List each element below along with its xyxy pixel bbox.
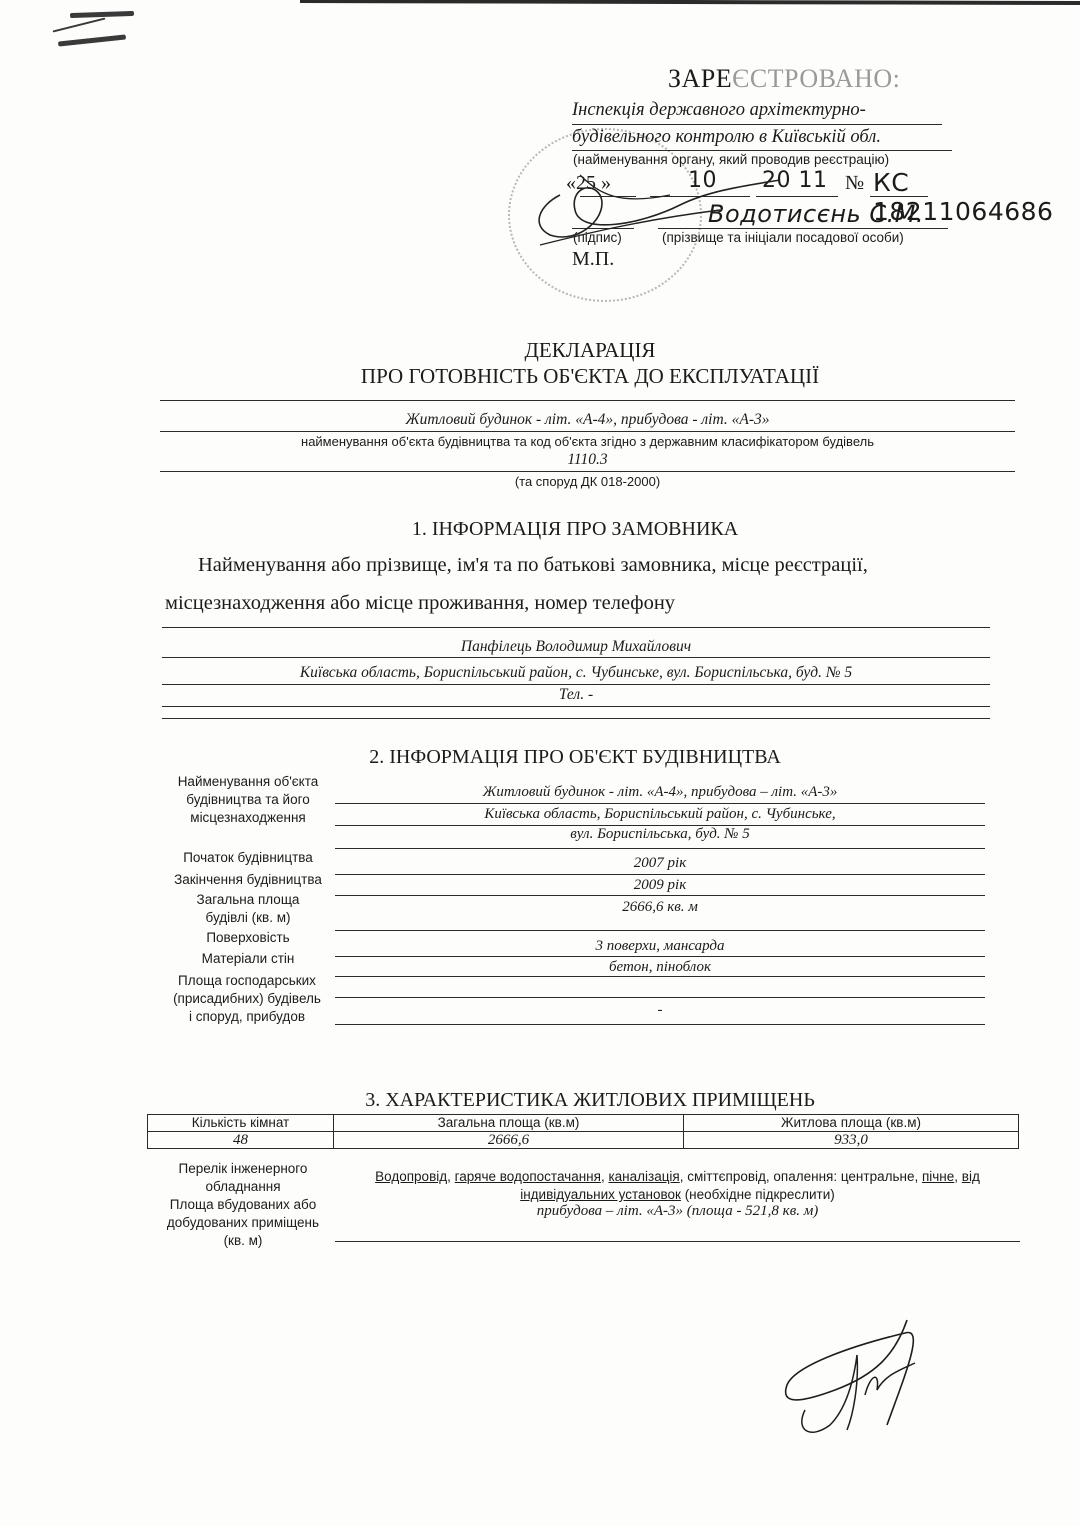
equipment-hot-water: гаряче водопостачання bbox=[455, 1169, 601, 1184]
label-line: Найменування об'єкта bbox=[158, 773, 338, 791]
customer-phone: Тел. - bbox=[162, 686, 990, 704]
equipment-water-supply: Водопровід bbox=[375, 1169, 447, 1184]
scan-edge bbox=[300, 0, 1080, 5]
walls-label: Матеріали стін bbox=[158, 950, 338, 968]
end-field: 2009 рік bbox=[335, 877, 985, 894]
label-line: Площа вбудованих або bbox=[148, 1196, 338, 1214]
customer-address: Київська область, Бориспільський район, … bbox=[162, 664, 990, 682]
aux-buildings-field: - bbox=[335, 1002, 985, 1019]
start-label: Початок будівництва bbox=[158, 849, 338, 867]
equipment-stove: пічне bbox=[922, 1169, 954, 1184]
area-label: Загальна площа будівлі (кв. м) bbox=[158, 891, 338, 927]
staple-mark bbox=[53, 17, 106, 32]
registration-signature bbox=[520, 165, 790, 260]
label-line: (кв. м) bbox=[148, 1232, 338, 1250]
table-header-row: Кількість кімнат Загальна площа (кв.м) Ж… bbox=[148, 1115, 1019, 1132]
builtin-area-value: прибудова – літ. «А-3» (площа - 521,8 кв… bbox=[345, 1203, 1010, 1220]
object-name-field: Житловий будинок - літ. «А-4», прибудова… bbox=[335, 784, 985, 801]
floors-label: Поверховість bbox=[158, 929, 338, 947]
table-row: 48 2666,6 933,0 bbox=[148, 1132, 1019, 1149]
registration-org-line2: будівельного контролю в Київській обл. bbox=[572, 127, 881, 148]
label-line: будівництва та його bbox=[158, 791, 338, 809]
section1-description-line2: місцезнаходження або місце проживання, н… bbox=[165, 592, 675, 615]
object-location-field-2: вул. Бориспільська, буд. № 5 bbox=[335, 826, 985, 843]
rooms-table: Кількість кімнат Загальна площа (кв.м) Ж… bbox=[147, 1114, 1019, 1149]
object-name-label: Найменування об'єкта будівництва та його… bbox=[158, 773, 338, 827]
section2-heading: 2. ІНФОРМАЦІЯ ПРО ОБ'ЄКТ БУДІВНИЦТВА bbox=[0, 746, 1080, 769]
label-line: Площа господарських bbox=[152, 972, 342, 990]
declaration-title-line1: ДЕКЛАРАЦІЯ bbox=[0, 338, 1080, 363]
equipment-sewerage: каналізація bbox=[608, 1169, 679, 1184]
walls-field: бетон, піноблок bbox=[335, 959, 985, 976]
value-living-area: 933,0 bbox=[684, 1132, 1019, 1149]
start-field: 2007 рік bbox=[335, 855, 985, 872]
label-line: і споруд, прибудов bbox=[152, 1008, 342, 1026]
label-line: добудованих приміщень bbox=[148, 1214, 338, 1232]
registration-number-prefix: № bbox=[845, 172, 864, 195]
object-name-value: Житловий будинок - літ. «А-4», прибудова… bbox=[160, 411, 1015, 429]
label-line: Перелік інженерного bbox=[148, 1160, 338, 1178]
registration-org-line1: Інспекція державного архітектурно- bbox=[572, 100, 866, 121]
equipment-label: Перелік інженерного обладнання bbox=[148, 1160, 338, 1196]
customer-name: Панфілець Володимир Михайлович bbox=[162, 638, 990, 656]
value-total-area: 2666,6 bbox=[334, 1132, 684, 1149]
object-location-field-1: Київська область, Бориспільський район, … bbox=[335, 806, 985, 823]
aux-buildings-label: Площа господарських (присадибних) будіве… bbox=[152, 972, 342, 1026]
customer-signature bbox=[775, 1315, 945, 1450]
registration-title-dark: ЗАРЕ bbox=[668, 64, 732, 93]
registration-title-faint: ЄСТРОВАНО: bbox=[732, 64, 900, 93]
label-line: (присадибних) будівель bbox=[152, 990, 342, 1008]
declaration-title-line2: ПРО ГОТОВНІСТЬ ОБ'ЄКТА ДО ЕКСПЛУАТАЦІЇ bbox=[0, 364, 1080, 389]
section3-heading: 3. ХАРАКТЕРИСТИКА ЖИТЛОВИХ ПРИМІЩЕНЬ bbox=[0, 1089, 1080, 1112]
area-field: 2666,6 кв. м bbox=[335, 899, 985, 916]
equipment-list: Водопровід, гаряче водопостачання, канал… bbox=[345, 1168, 1010, 1204]
separator: , bbox=[447, 1169, 455, 1184]
object-name-hint: найменування об'єкта будівництва та код … bbox=[160, 434, 1015, 449]
header-rooms: Кількість кімнат bbox=[148, 1115, 334, 1132]
header-living-area: Житлова площа (кв.м) bbox=[684, 1115, 1019, 1132]
builtin-area-label: Площа вбудованих або добудованих приміще… bbox=[148, 1196, 338, 1250]
equipment-heating-text: , сміттєпровід, опалення: центральне, bbox=[680, 1169, 922, 1184]
section1-description-line1: Найменування або прізвище, ім'я та по ба… bbox=[198, 554, 868, 577]
object-code-value: 1110.3 bbox=[160, 451, 1015, 469]
section1-heading: 1. ІНФОРМАЦІЯ ПРО ЗАМОВНИКА bbox=[0, 518, 1080, 541]
label-line: місцезнаходження bbox=[158, 809, 338, 827]
label-line: будівлі (кв. м) bbox=[158, 909, 338, 927]
equipment-hint: (необхідне підкреслити) bbox=[681, 1187, 835, 1202]
end-label: Закінчення будівництва bbox=[158, 871, 338, 889]
floors-field: 3 поверхи, мансарда bbox=[335, 938, 985, 955]
value-rooms: 48 bbox=[148, 1132, 334, 1149]
separator: , bbox=[954, 1169, 962, 1184]
object-code-hint: (та споруд ДК 018-2000) bbox=[160, 474, 1015, 489]
registration-title: ЗАРЕЄСТРОВАНО: bbox=[668, 64, 900, 94]
header-total-area: Загальна площа (кв.м) bbox=[334, 1115, 684, 1132]
label-line: обладнання bbox=[148, 1178, 338, 1196]
staple-mark bbox=[58, 34, 126, 46]
label-line: Загальна площа bbox=[158, 891, 338, 909]
